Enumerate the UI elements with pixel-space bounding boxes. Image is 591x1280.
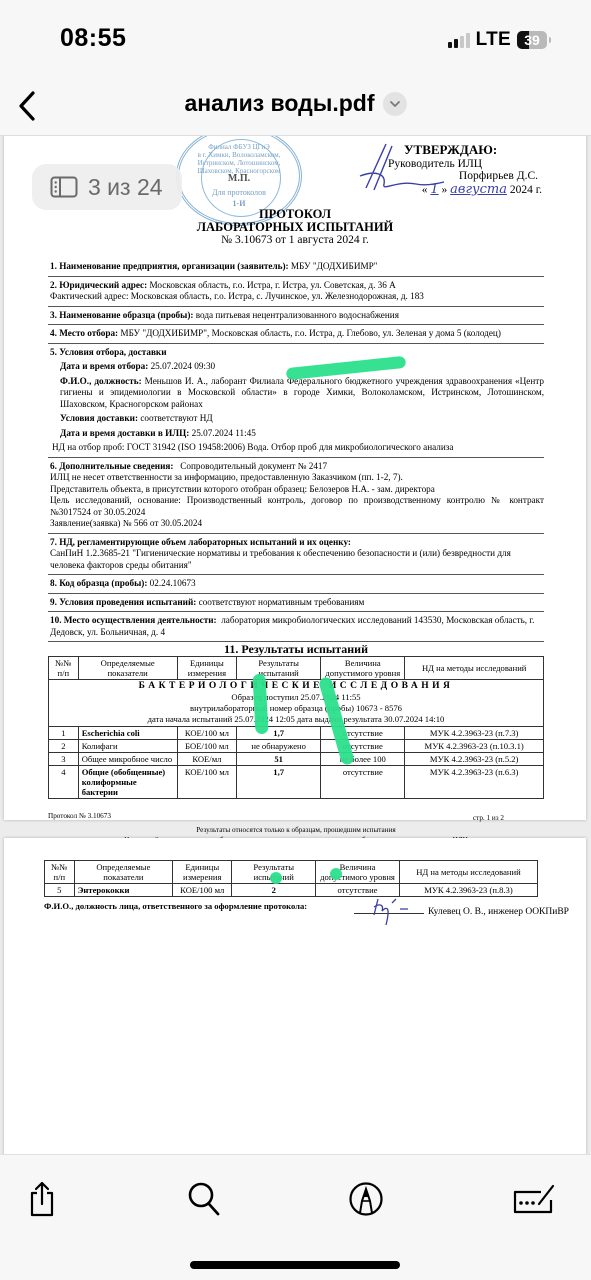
group-line: Образец поступил 25.07.2024 11:55 [52,692,540,703]
section-2: 2. Юридический адрес: Московская область… [48,277,544,307]
section-3: 3. Наименование образца (пробы): вода пи… [48,307,544,326]
page-indicator-text: 3 из 24 [88,174,163,201]
share-icon [27,1180,57,1218]
responsible-signature [370,895,414,929]
bottom-toolbar [0,1154,591,1280]
section-value: 25.07.2024 09:30 [151,361,216,371]
sidebar-icon [50,176,78,198]
permissible-level: отсутствие [321,765,405,798]
section-sublabel: Дата и время отбора: [60,361,148,371]
unit: КОЕ/100 мл [177,726,236,739]
section-sublabel: Фактический адрес: [50,291,129,301]
method-reference: МУК 4.2.3963-23 (п.10.3.1) [405,739,544,752]
test-result: 1,7 [237,765,321,798]
markup-button[interactable] [344,1177,388,1221]
group-line: дата начала испытаний 25.07.2024 12:05 д… [52,714,540,725]
pdf-viewer[interactable]: 3 из 24 Филиал ФБУЗ ЦГиЭ в г. Химки, Вол… [0,136,591,1154]
title-line-2: ЛАБОРАТОРНЫХ ИСПЫТАНИЙ [4,221,586,234]
section-value: соответствуют НД [140,413,212,423]
protocol-sections: 1. Наименование предприятия, организации… [48,258,544,845]
protocol-number: № 3.10673 от 1 августа 2024 г. [4,234,586,247]
status-bar: 08:55 LTE 39 [0,0,591,80]
home-indicator[interactable] [190,1261,400,1269]
table-header-row: №№ п/п Определяемые показатели Единицы и… [49,656,544,679]
section-6: 6. Дополнительные сведения: Сопроводител… [48,458,544,534]
date-quote-open: « [422,184,428,196]
section-label: 7. НД, регламентирующие объем лабораторн… [50,537,351,547]
footer-page: стр. 1 из 2 [473,813,504,823]
col-header: Величина допустимого уровня [321,656,405,679]
section-label: 5. Условия отбора, доставки [50,347,167,357]
section-5: 5. Условия отбора, доставки Дата и время… [48,344,544,458]
section-7: 7. НД, регламентирующие объем лабораторн… [48,534,544,576]
section-1: 1. Наименование предприятия, организации… [48,258,544,277]
pdf-page: №№ п/п Определяемые показатели Единицы и… [4,838,586,1154]
highlight-mark [270,872,282,884]
section-line: Цель исследований, основание: Производст… [50,495,544,518]
date-day: 1 [430,182,438,197]
group-title: БАКТЕРИОЛОГИЧЕСКИЕ ИССЛЕДОВАНИЯ [52,681,540,692]
table-row: 5ЭнтерококкиКОЕ/100 мл2отсутствиеМУК 4.2… [45,884,538,897]
group-header-row: БАКТЕРИОЛОГИЧЕСКИЕ ИССЛЕДОВАНИЯ Образец … [49,679,544,726]
col-header: Единицы измерения [173,861,232,884]
col-header: №№ п/п [49,656,79,679]
search-icon [187,1181,221,1217]
document-title-menu[interactable]: анализ воды.pdf [0,90,591,117]
footer-note: Результаты относятся только к образцам, … [48,825,544,835]
table-row: 4Общие (обобщенные) колиформные бактерии… [49,765,544,798]
date-quote-close: » [442,184,448,196]
unit: БОЕ/100 мл [177,739,236,752]
row-number: 2 [49,739,79,752]
stamp-for-protocols: Для протоколов [179,189,299,197]
section-value: СанПиН 1.2.3685-21 "Гигиенические нормат… [50,548,544,571]
responsible-person: Ф.И.О., должность лица, ответственного з… [44,901,538,911]
sampling-standard: НД на отбор проб: ГОСТ 31942 (ISO 19458:… [50,442,544,454]
approval-title: УТВЕРЖДАЮ: [404,142,574,158]
section-sublabel: Условия доставки: [60,413,138,423]
stamp-line: Филиал ФБУЗ ЦГиЭ [179,143,299,151]
section-value: Московская область, г.о. Истра, с. Лучин… [131,291,424,301]
battery-icon: 39 [517,31,547,49]
section-label: 6. Дополнительные сведения: [50,461,173,471]
indicator-name: Общее микробное число [78,752,177,765]
section-value: МБУ "ДОДХИБИМР" [291,261,378,271]
section-9: 9. Условия проведения испытаний: соответ… [48,594,544,613]
footer-protocol: Протокол № 3.10673 [48,811,111,821]
section-label: 3. Наименование образца (пробы): [50,310,193,320]
section-label: 8. Код образца (пробы): [50,578,147,588]
approval-name: Порфирьев Д.С. [368,170,574,182]
date-month: августа [450,182,507,197]
col-header: №№ п/п [45,861,75,884]
row-number: 3 [49,752,79,765]
document-title[interactable]: анализ воды.pdf [184,90,374,117]
section-8: 8. Код образца (пробы): 02.24.10673 [48,575,544,594]
pdf-page: Филиал ФБУЗ ЦГиЭ в г. Химки, Волоколамск… [4,136,586,820]
stamp-line: в г. Химки, Волоколамском, [179,151,299,159]
test-result: 2 [232,884,316,897]
date-year: 2024 г. [510,184,542,196]
approval-date: « 1 » августа 2024 г. [364,182,574,197]
col-header: НД на методы исследований [399,861,537,884]
col-header: Результаты испытаний [237,656,321,679]
section-value: 25.07.2024 11:45 [192,428,256,438]
stamp-line: Истринском, Лотошинском, [179,159,299,167]
unit: КОЕ/100 мл [173,884,232,897]
col-header: Определяемые показатели [78,656,177,679]
section-value: вода питьевая нецентрализованного водосн… [196,310,399,320]
battery-tip [549,37,551,43]
col-header: Величина допустимого уровня [316,861,400,884]
row-number: 4 [49,765,79,798]
status-time: 08:55 [60,24,126,53]
section-value: соответствуют нормативным требованиям [199,597,365,607]
status-indicators: LTE 39 [448,29,551,51]
responsible-label: Ф.И.О., должность лица, ответственного з… [44,901,307,911]
col-header: Определяемые показатели [74,861,173,884]
table-header-row: №№ п/п Определяемые показатели Единицы и… [45,861,538,884]
share-button[interactable] [20,1177,64,1221]
indicator-name: Энтерококки [74,884,173,897]
chevron-down-icon [389,100,401,108]
table-row: 3Общее микробное числоКОЕ/мл51не более 1… [49,752,544,765]
section-label: 2. Юридический адрес: [50,280,147,290]
group-line: внутрилабораторный номер образца (пробы)… [52,703,540,714]
table-row: 2КолифагиБОЕ/100 млне обнаруженоотсутств… [49,739,544,752]
permissible-level: отсутствие [321,739,405,752]
table-row: 1Escherichia coliКОЕ/100 мл1,7отсутствие… [49,726,544,739]
section-value: Московская область, г.о. Истра, г. Истра… [149,280,395,290]
section-4: 4. Место отбора: МБУ "ДОДХИБИМР", Москов… [48,325,544,344]
section-value: Сопроводительный документ № 2417 [180,461,327,471]
method-reference: МУК 4.2.3963-23 (п.8.3) [399,884,537,897]
responsible-name: Кулевец О. В., инженер ООКПиВР [428,907,569,917]
approval-block: УТВЕРЖДАЮ: Руководитель ИЛЦ Порфирьев Д.… [364,142,574,197]
section-line: ИЛЦ не несет ответственности за информац… [50,472,544,484]
method-reference: МУК 4.2.3963-23 (п.7.3) [405,726,544,739]
results-title: 11. Результаты испытаний [48,644,544,656]
row-number: 5 [45,884,75,897]
title-menu-button[interactable] [383,92,407,116]
results-table: №№ п/п Определяемые показатели Единицы и… [48,656,544,799]
test-result: не обнаружено [237,739,321,752]
section-label: 9. Условия проведения испытаний: [50,597,196,607]
highlight-mark [330,868,342,880]
stamp-mp: М.П. [179,173,299,184]
section-sublabel: Дата и время доставки в ИЛЦ: [60,428,189,438]
section-label: 4. Место отбора: [50,328,118,338]
section-label: 10. Место осуществления деятельности: [50,615,217,625]
cellular-signal-icon [448,32,470,48]
section-sublabel: Ф.И.О., должность: [60,376,142,386]
fill-sign-button[interactable] [506,1177,562,1221]
network-type: LTE [476,29,511,51]
col-header: Единицы измерения [177,656,236,679]
page-indicator[interactable]: 3 из 24 [32,164,182,210]
section-label: 1. Наименование предприятия, организации… [50,261,289,271]
section-value: МБУ "ДОДХИБИМР", Московская область, г.о… [120,328,501,338]
col-header: НД на методы исследований [405,656,544,679]
results-table-continued: №№ п/п Определяемые показатели Единицы и… [44,860,538,897]
section-line: Представитель объекта, в присутствии кот… [50,484,544,496]
page-2-content: №№ п/п Определяемые показатели Единицы и… [44,860,538,911]
battery-percent: 39 [524,32,540,48]
method-reference: МУК 4.2.3963-23 (п.5.2) [405,752,544,765]
navigation-bar: анализ воды.pdf [0,80,591,136]
unit: КОЕ/мл [177,752,236,765]
row-number: 1 [49,726,79,739]
method-reference: МУК 4.2.3963-23 (п.6.3) [405,765,544,798]
section-value: 02.24.10673 [150,578,196,588]
protocol-title: ПРОТОКОЛ ЛАБОРАТОРНЫХ ИСПЫТАНИЙ № 3.1067… [4,208,586,247]
test-result: 51 [237,752,321,765]
form-fill-icon [511,1182,557,1216]
unit: КОЕ/100 мл [177,765,236,798]
markup-icon [348,1181,384,1217]
indicator-name: Общие (обобщенные) колиформные бактерии [78,765,177,798]
permissible-level: не более 100 [321,752,405,765]
section-10: 10. Место осуществления деятельности: ла… [48,612,544,642]
section-line: Заявление(заявка) № 566 от 30.05.2024 [50,518,544,530]
test-result: 1,7 [237,726,321,739]
approval-position: Руководитель ИЛЦ [388,158,574,170]
search-button[interactable] [182,1177,226,1221]
indicator-name: Колифаги [78,739,177,752]
indicator-name: Escherichia coli [78,726,177,739]
